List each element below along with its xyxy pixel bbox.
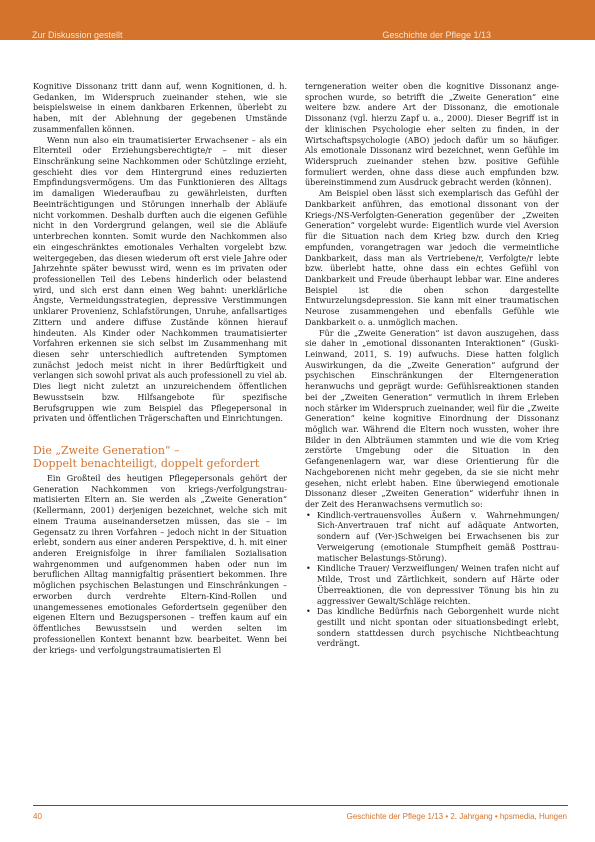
paragraph: Für die „Zweite Generation“ ist davon au… [305,329,559,511]
footer-divider [33,805,568,806]
journal-label: Geschichte der Pflege 1/13 [382,30,491,40]
paragraph: Am Beispiel oben lässt sich exemplarisch… [305,189,559,328]
left-column: Kognitive Dissonanz tritt dann auf, wenn… [33,82,287,656]
heading-line-2: Doppelt benachteiligt, doppelt gefordert [33,457,259,470]
bullet-item: Kindliche Trauer/ Verzweiflungen/ Weinen… [305,564,559,607]
bullet-item: Kindlich-vertrauensvolles Äußern v. Wahr… [305,511,559,565]
paragraph: Wenn nun also ein traumatisierter Erwach… [33,136,287,425]
paragraph: terngeneration weiter oben die kognitive… [305,82,559,189]
page-number: 40 [33,812,42,821]
bullet-item: Das kindliche Bedürfnis nach Geborgenhei… [305,607,559,650]
page-header-bar: Zur Diskussion gestellt Geschichte der P… [0,0,595,40]
paragraph: Ein Großteil des heutigen Pflegepersonal… [33,474,287,656]
section-label: Zur Diskussion gestellt [32,30,123,40]
right-column: terngeneration weiter oben die kognitive… [305,82,559,650]
footer-info: Geschichte der Pflege 1/13 • 2. Jahrgang… [347,812,567,821]
section-heading: Die „Zweite Generation“ – Doppelt benach… [33,444,287,470]
heading-line-1: Die „Zweite Generation“ – [33,444,180,457]
bullet-list: Kindlich-vertrauensvolles Äußern v. Wahr… [305,511,559,650]
paragraph: Kognitive Dissonanz tritt dann auf, wenn… [33,82,287,136]
